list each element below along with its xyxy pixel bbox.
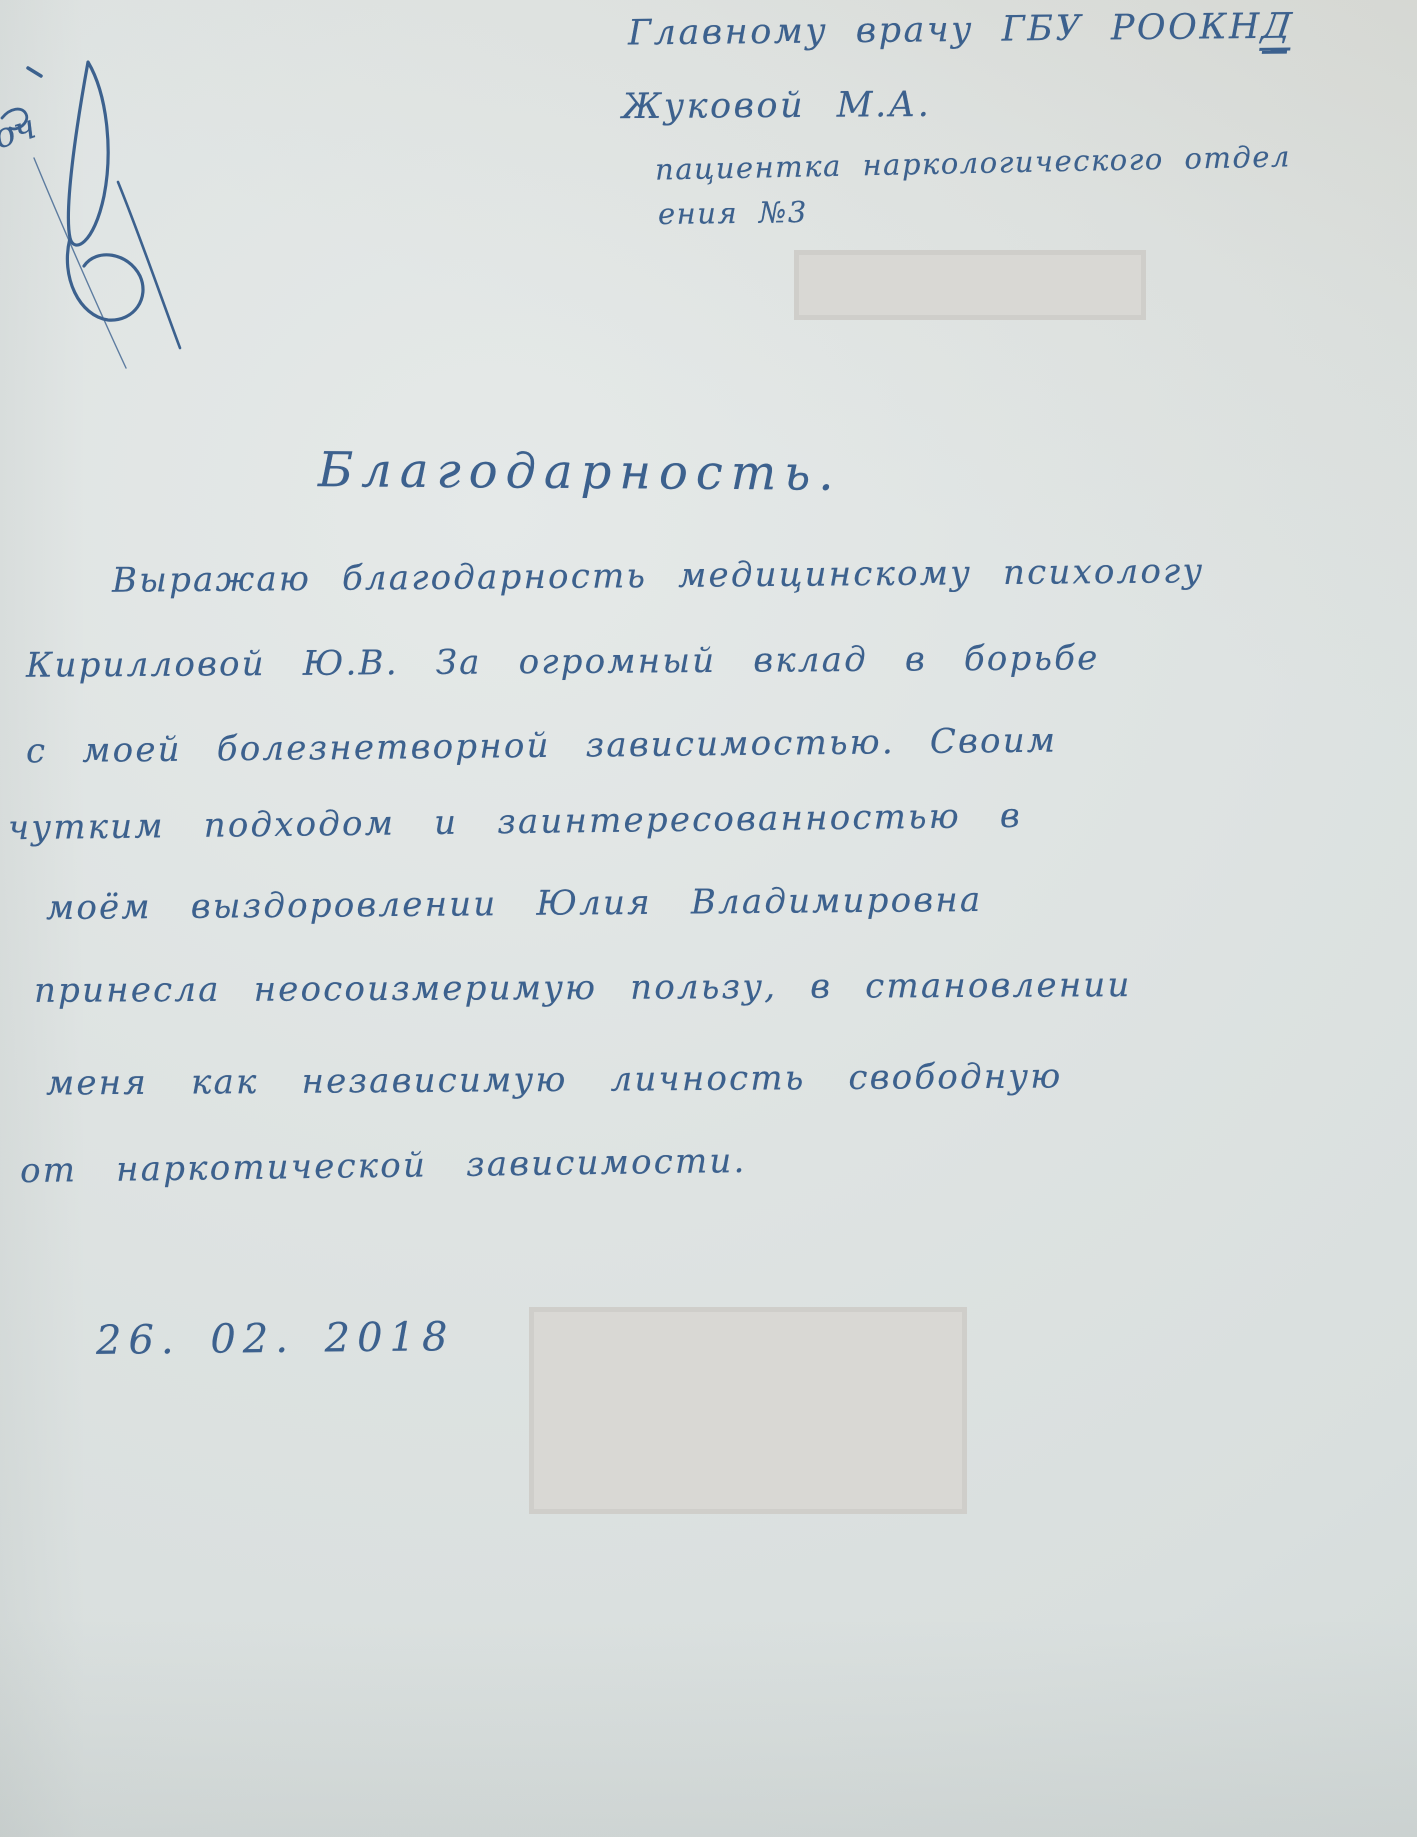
addressee-line-1-text: Главному врачу ГБУ РООКН [628,7,1262,54]
addressee-line-1-underlined-letter: Д [1259,6,1296,50]
body-line: принесла неосоизмеримую пользу, в станов… [34,965,1132,1011]
body-line: чутким подходом и заинтересованностью в [8,796,1022,848]
addressee-line-2: Жуковой М.А. [622,85,932,127]
body-line: Кирилловой Ю.В. За огромный вклад в борь… [26,638,1100,685]
addressee-line-4: ения №3 [658,195,808,231]
body-line: с моей болезнетворной зависимостью. Свои… [26,721,1058,772]
addressee-line-3: пациентка наркологического отдел [655,139,1292,186]
body-line: Выражаю благодарность медицинскому психо… [112,551,1205,601]
body-line: моём выздоровлении Юлия Владимировна [46,880,983,928]
letter-date: 26. 02. 2018 [96,1314,455,1364]
signature-redaction-box [529,1307,967,1514]
handwritten-letter-photo: оч Главному врачу ГБУ РООКНД Жуковой М.А… [0,0,1417,1837]
body-line: от наркотической зависимости. [20,1141,747,1191]
body-line: меня как независимую личность свободную [46,1056,1063,1103]
letter-title: Благодарность. [318,442,842,502]
pen-scribble-mark [0,0,260,420]
addressee-line-1: Главному врачу ГБУ РООКНД [628,7,1293,58]
patient-name-redaction-box [794,250,1146,320]
